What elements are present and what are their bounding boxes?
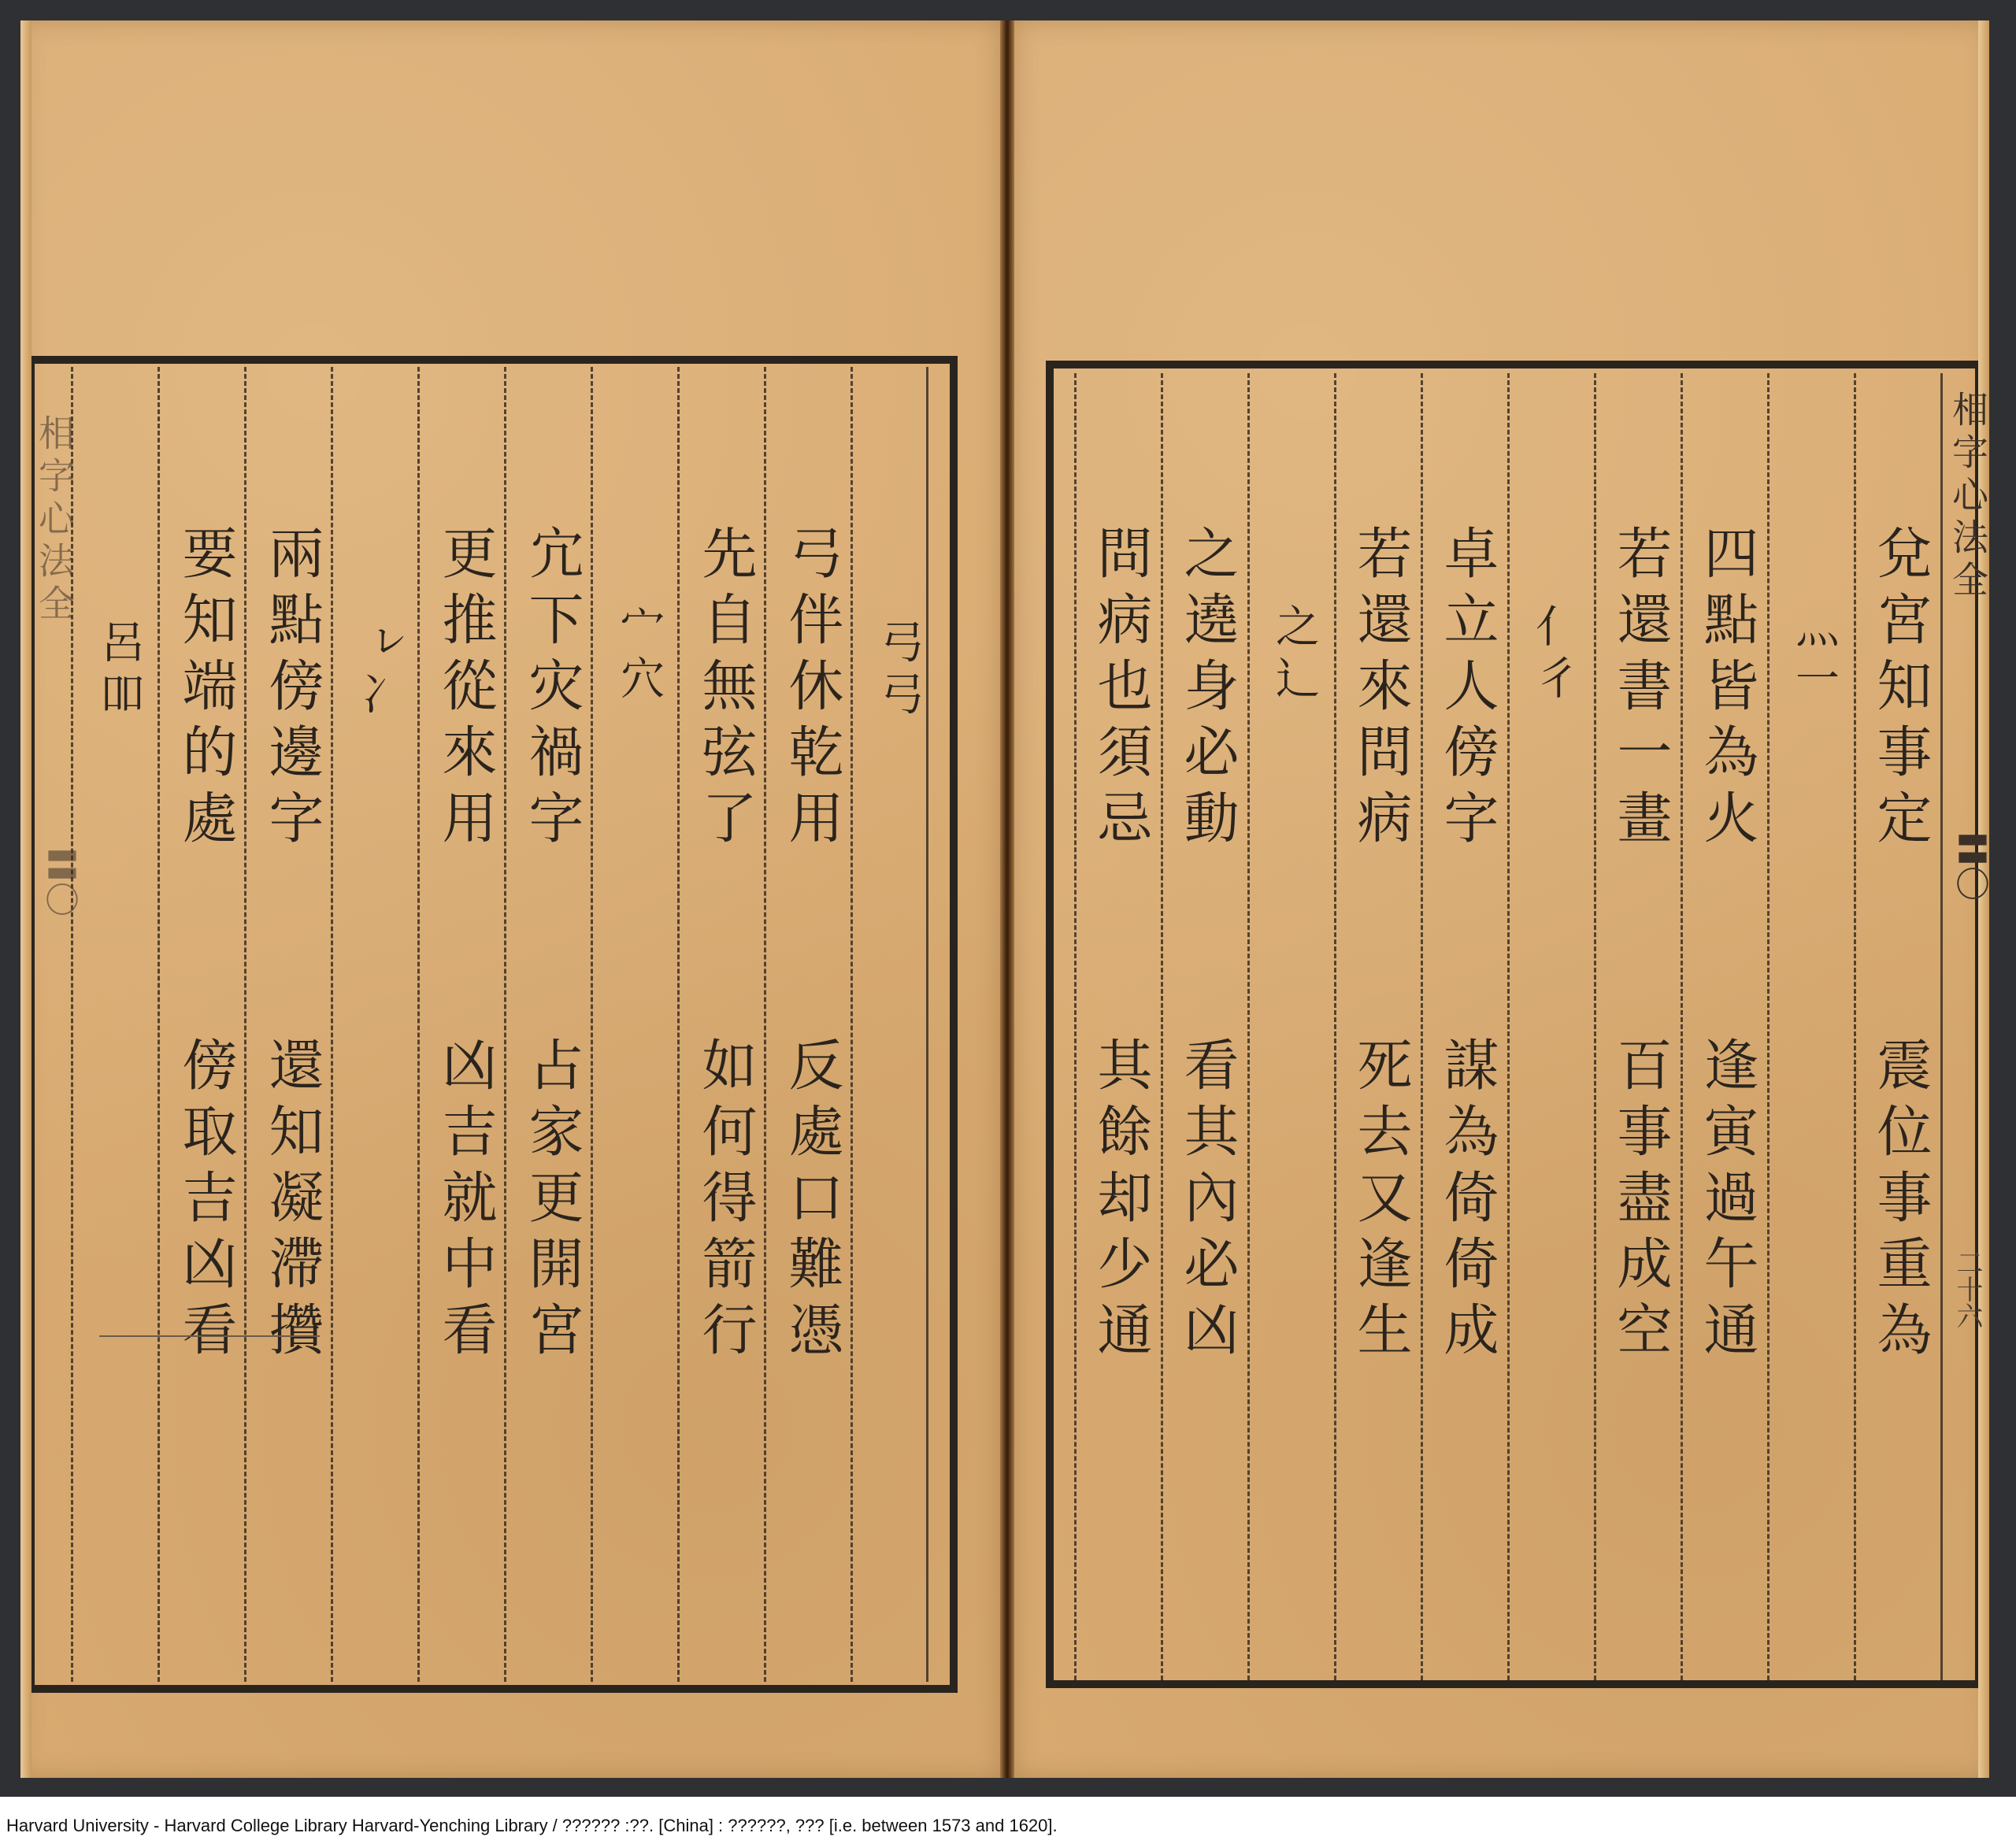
text-column-7-bottom: 死去又逢生 [1337,1036,1424,1367]
text-column-8-bottom: 還知凝滯攢 [249,1036,335,1367]
left-page-edge [20,20,31,1778]
page-number: 二十六 [1948,1249,1987,1329]
text-column-3-top: 先自無弦了 [682,524,769,855]
text-column-9-top: 之遶身必動 [1164,524,1251,855]
column-rule [677,367,680,1682]
text-column-6-top: 更推從來用 [422,524,509,855]
text-column-2-top: 灬一 [1770,603,1857,707]
text-column-1-top: 兌宮知事定 [1857,524,1944,855]
text-column-6-top: 卓立人傍字 [1424,524,1510,855]
text-column-4-top: 宀穴 [595,603,682,707]
text-column-5-top: 宂下灾禍字 [509,524,595,855]
fish-tail-mark: 〓〇 [33,847,83,916]
text-column-5-top: 亻彳 [1510,603,1597,707]
text-column-2-top: 弓伴休乾用 [769,524,855,855]
text-column-6-bottom: 謀為倚倚成 [1424,1036,1510,1367]
text-column-2-bottom: 反處口難憑 [769,1036,855,1367]
edge-margin-title: 相字心法全 [28,414,80,627]
text-column-4-bottom: 百事盡成空 [1597,1036,1684,1367]
text-column-7-top: 若還來問病 [1337,524,1424,855]
column-rule [157,367,160,1682]
book-gutter [1000,20,1014,1778]
column-rule [1854,373,1856,1680]
column-rule [1594,373,1596,1680]
text-column-1-top: 弓弓 [855,619,942,723]
right-page: 相字心法全 〓〇 二十六 兌宮知事定 震位事重為 灬一 四點皆為火 逢寅過午通 … [1014,20,1989,1778]
text-column-10-top: 呂吅 [76,619,162,723]
text-column-9-top: 要知端的處 [162,524,249,855]
text-column-4-top: 若還書一畫 [1597,524,1684,855]
text-column-1-bottom: 震位事重為 [1857,1036,1944,1367]
text-column-10-top: 問病也須忌 [1077,524,1164,855]
text-column-3-bottom: 如何得箭行 [682,1036,769,1367]
column-rule [926,367,928,1682]
column-rule [1074,373,1077,1680]
text-column-8-top: 兩點傍邊字 [249,524,335,855]
left-page: 相字心法全 〓〇 弓弓 弓伴休乾用 反處口難憑 先自無弦了 如何得箭行 宀穴 宂… [20,20,1000,1778]
text-column-9-bottom: 傍取吉凶看 [162,1036,249,1367]
column-rule [417,367,420,1682]
text-column-8-top: 之辶 [1251,603,1337,707]
text-column-7-top: ㇾ冫 [335,619,422,723]
column-rule [1334,373,1336,1680]
text-column-10-bottom: 其餘却少通 [1077,1036,1164,1367]
edge-margin-title: 相字心法全 [1942,391,1994,603]
underline-rule [99,1335,320,1337]
text-column-6-bottom: 凶吉就中看 [422,1036,509,1367]
text-column-9-bottom: 看其內必凶 [1164,1036,1251,1367]
caption-bar: Harvard University - Harvard College Lib… [0,1797,2016,1844]
fish-tail-mark: 〓〇 [1944,831,1994,901]
text-column-3-bottom: 逢寅過午通 [1684,1036,1770,1367]
text-column-3-top: 四點皆為火 [1684,524,1770,855]
caption-text: Harvard University - Harvard College Lib… [6,1816,1058,1836]
text-column-5-bottom: 占家更開宮 [509,1036,595,1367]
